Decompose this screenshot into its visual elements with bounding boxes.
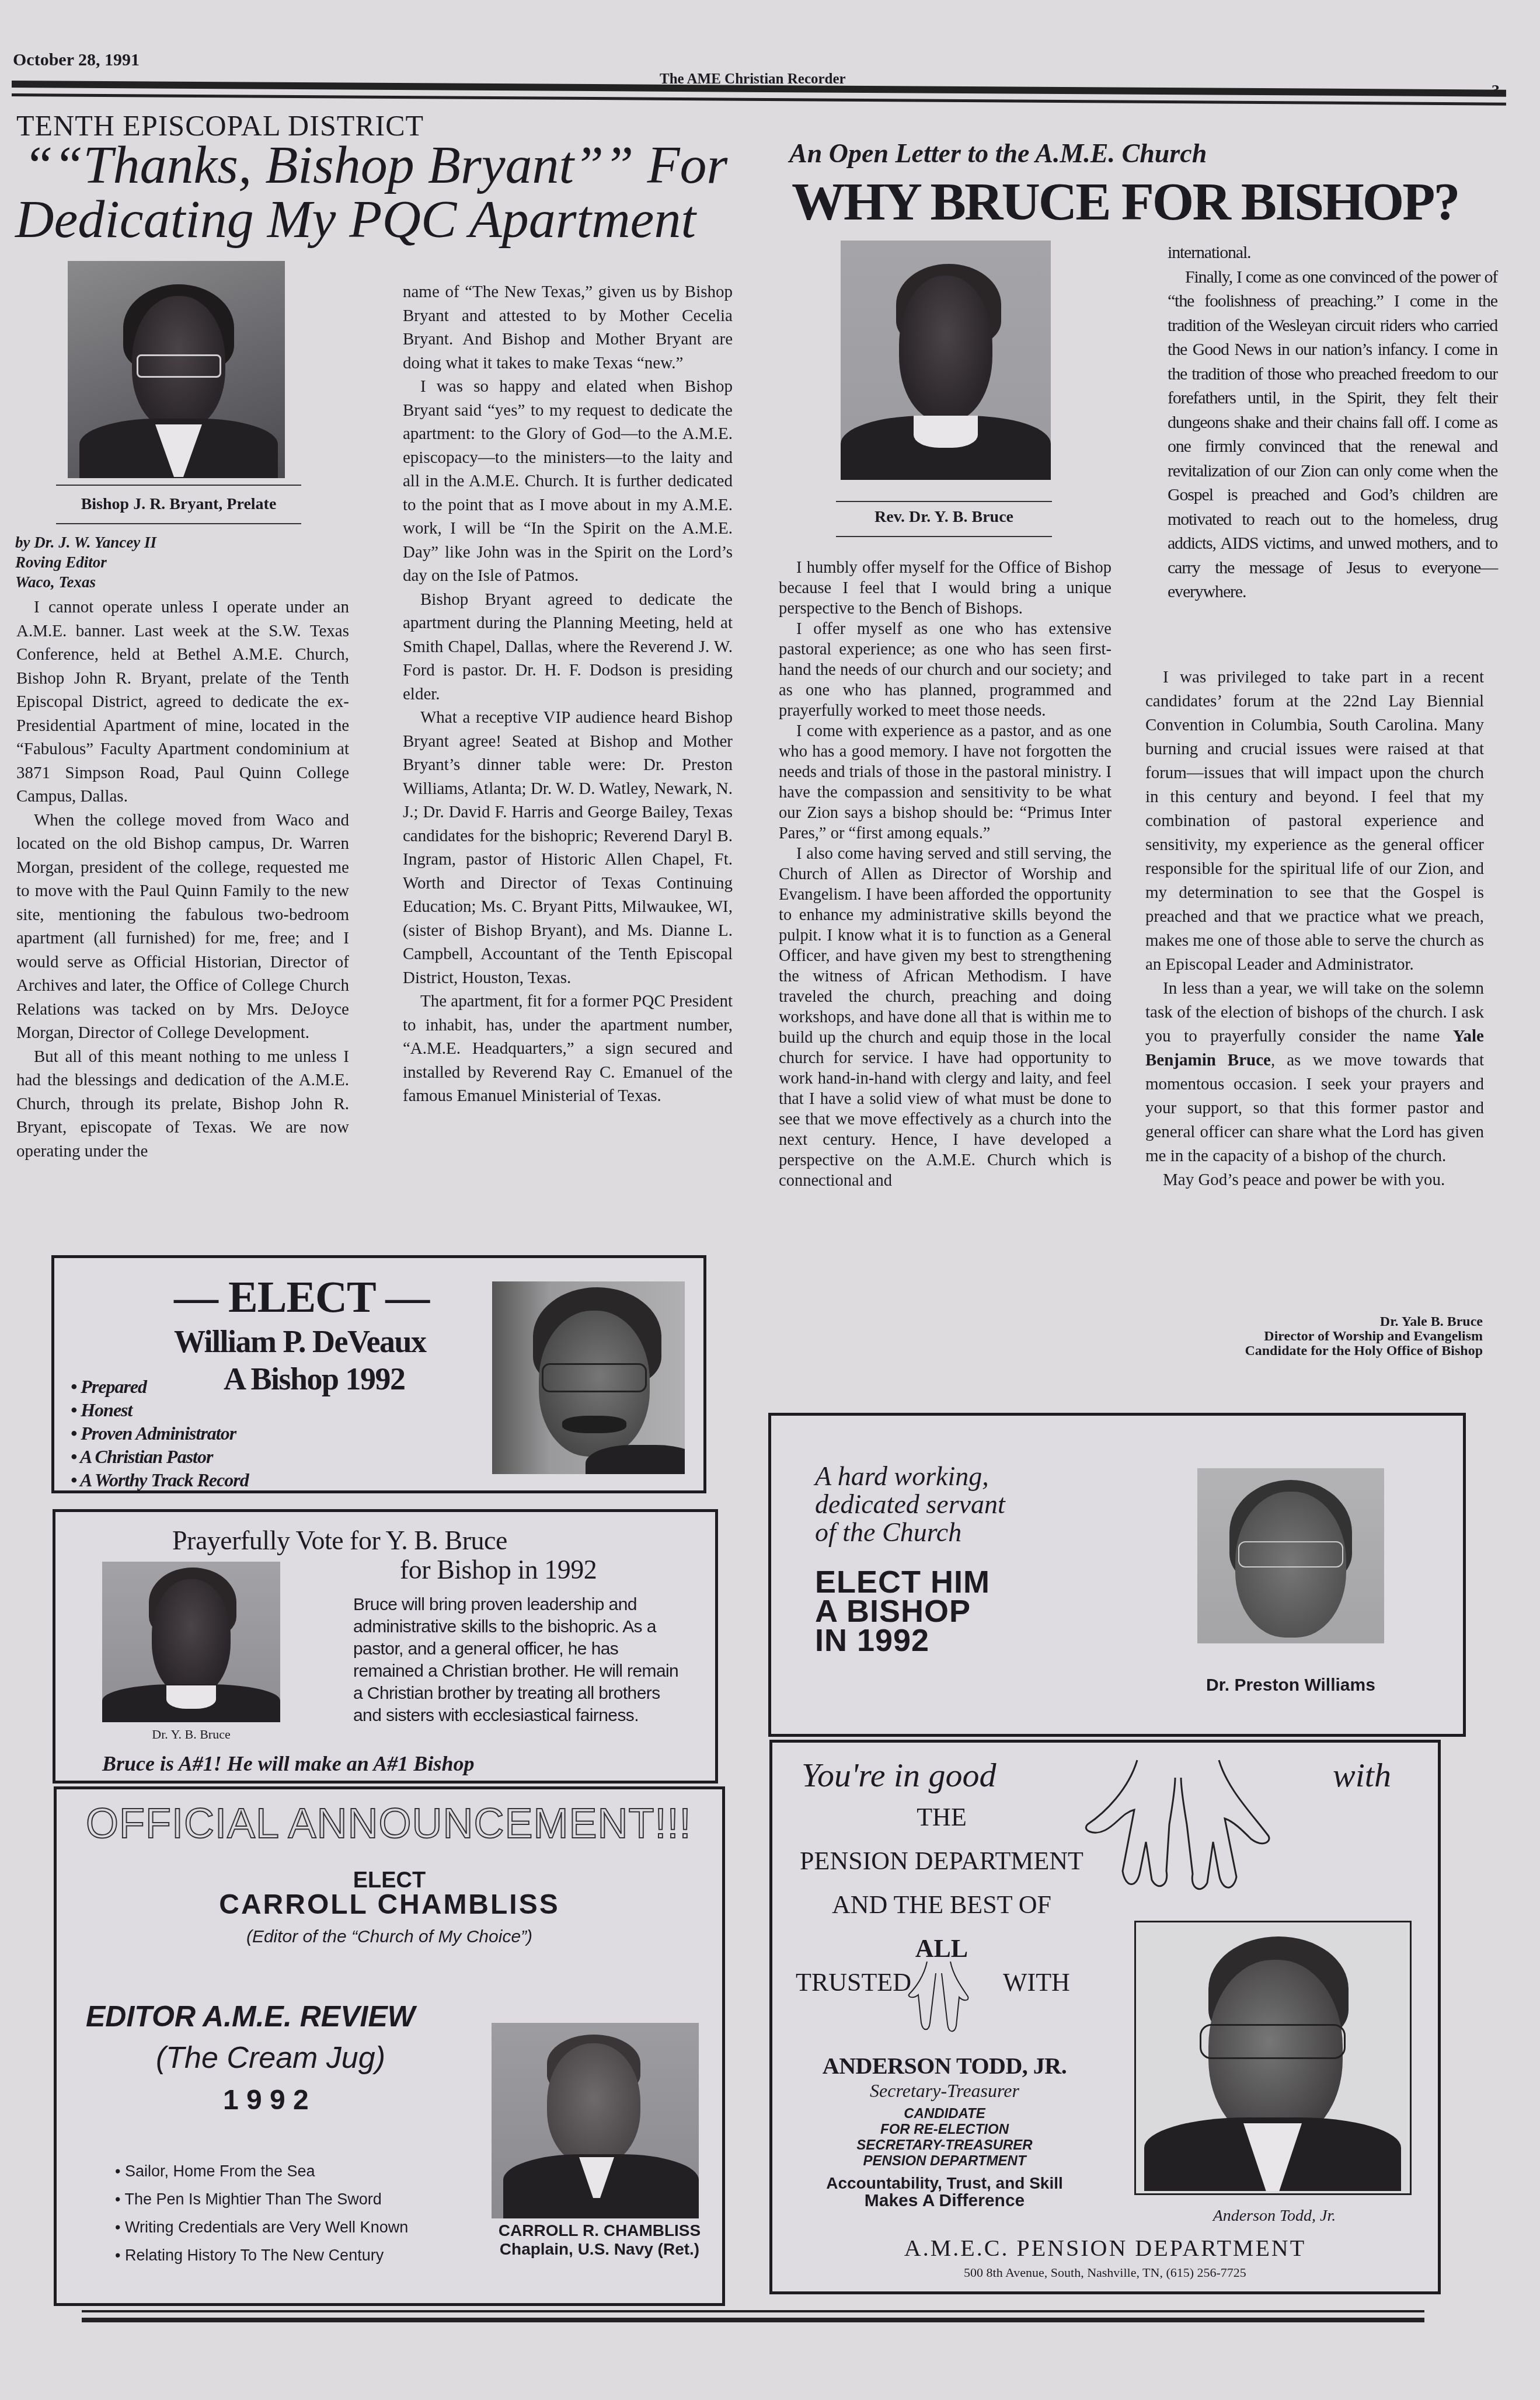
list-item: Writing Credentials are Very Well Known — [115, 2213, 408, 2241]
williams-tagline: A hard working, dedicated servant of the… — [815, 1462, 1005, 1546]
chambliss-ad: OFFICIAL ANNOUNCEMENT!!! ELECT CARROLL C… — [54, 1786, 725, 2306]
list-item: Prepared — [71, 1375, 249, 1398]
chambliss-name: CARROLL CHAMBLISS — [57, 1889, 722, 1921]
rev-bruce-photo — [841, 241, 1051, 480]
footer-rule-thick — [82, 2318, 1424, 2322]
paragraph: name of “The New Texas,” given us by Bis… — [403, 280, 733, 375]
trusted-label: TRUSTED — [796, 1967, 911, 1997]
todd-name: ANDERSON TODD, JR. — [772, 2052, 1117, 2079]
bruce-ad-title-line1: Prayerfully Vote for Y. B. Bruce — [172, 1525, 507, 1556]
paragraph: Finally, I come as one convinced of the … — [1168, 265, 1497, 604]
chambliss-subtitle: (Editor of the “Church of My Choice”) — [57, 1927, 722, 1947]
paragraph: I was privileged to take part in a recen… — [1145, 666, 1484, 977]
deveaux-ad: — ELECT — William P. DeVeaux A Bishop 19… — [51, 1255, 706, 1493]
small-hands-icon — [907, 1959, 971, 2035]
signature-title: Director of Worship and Evangelism — [1133, 1329, 1483, 1344]
list-item: A Worthy Track Record — [71, 1468, 249, 1492]
bruce-ad-body: Bruce will bring proven leadership and a… — [353, 1594, 680, 1727]
paragraph: When the college moved from Waco and loc… — [16, 809, 349, 1045]
bruce-ad-photo-caption: Dr. Y. B. Bruce — [102, 1727, 280, 1742]
caption-rule-bottom — [836, 536, 1052, 537]
list-item: Proven Administrator — [71, 1422, 249, 1445]
bishop-bryant-photo — [68, 261, 285, 478]
signature-candidacy: Candidate for the Holy Office of Bishop — [1133, 1344, 1483, 1359]
with-label: WITH — [1003, 1967, 1070, 1997]
paragraph: Bishop Bryant agreed to dedicate the apa… — [403, 588, 733, 706]
list-item: Relating History To The New Century — [115, 2241, 408, 2269]
candidate-subtitle: A Bishop 1992 — [224, 1361, 405, 1397]
why-bruce-headline: WHY BRUCE FOR BISHOP? — [792, 170, 1458, 232]
chambliss-year: 1 9 9 2 — [223, 2084, 309, 2116]
article-headline-line1: ““Thanks, Bishop Bryant”” For — [23, 135, 727, 194]
qualities-list: Prepared Honest Proven Administrator A C… — [71, 1375, 249, 1492]
signature-name: Dr. Yale B. Bruce — [1133, 1315, 1483, 1329]
bryant-photo-caption: Bishop J. R. Bryant, Prelate — [56, 495, 301, 514]
byline: by Dr. J. W. Yancey II Roving Editor Wac… — [15, 532, 156, 592]
paragraph: What a receptive VIP audience heard Bish… — [403, 706, 733, 990]
paragraph: In less than a year, we will take on the… — [1145, 977, 1484, 1168]
byline-role: Roving Editor — [15, 552, 156, 572]
issue-date: October 28, 1991 — [13, 50, 140, 70]
todd-photo-caption: Anderson Todd, Jr. — [1134, 2207, 1414, 2225]
todd-title: Secretary-Treasurer — [772, 2080, 1117, 2102]
elect-heading: — ELECT — — [174, 1272, 429, 1323]
chambliss-position-sub: (The Cream Jug) — [156, 2040, 385, 2075]
todd-photo-frame — [1134, 1921, 1412, 2195]
right-article-column-2: I was privileged to take part in a recen… — [1145, 666, 1484, 1192]
paragraph: I cannot operate unless I operate under … — [16, 595, 349, 809]
caption-rule-top — [56, 485, 301, 486]
open-letter-kicker: An Open Letter to the A.M.E. Church — [789, 138, 1207, 169]
todd-motto: Accountability, Trust, and Skill Makes A… — [772, 2175, 1117, 2210]
williams-photo — [1197, 1468, 1384, 1643]
chambliss-photo — [492, 2023, 699, 2218]
williams-call-to-action: ELECT HIM A BISHOP IN 1992 — [815, 1568, 990, 1655]
todd-photo — [1138, 1925, 1407, 2191]
paragraph: But all of this meant nothing to me unle… — [16, 1045, 349, 1164]
chambliss-position: EDITOR A.M.E. REVIEW — [86, 2000, 415, 2033]
todd-candidacy: CANDIDATE FOR RE-ELECTION SECRETARY-TREA… — [772, 2106, 1117, 2169]
bruce-photo-caption: Rev. Dr. Y. B. Bruce — [836, 508, 1052, 527]
pension-department-address: 500 8th Avenue, South, Nashville, TN, (6… — [772, 2265, 1438, 2280]
paragraph: I come with experience as a pastor, and … — [779, 721, 1112, 844]
paragraph: The apartment, fit for a former PQC Pres… — [403, 990, 733, 1108]
paragraph: I offer myself as one who has extensive … — [779, 619, 1112, 721]
footer-rule-thin — [82, 2310, 1424, 2312]
pension-department-name: A.M.E.C. PENSION DEPARTMENT — [772, 2234, 1438, 2262]
article-headline-line2: Dedicating My PQC Apartment — [15, 190, 696, 248]
bruce-ad-slogan: Bruce is A#1! He will make an A#1 Bishop — [102, 1751, 474, 1776]
candidate-name: William P. DeVeaux — [174, 1323, 426, 1360]
paragraph: international. — [1168, 241, 1497, 265]
caption-rule-top — [836, 501, 1052, 502]
signature-block: Dr. Yale B. Bruce Director of Worship an… — [1133, 1315, 1483, 1359]
list-item: The Pen Is Mightier Than The Sword — [115, 2185, 408, 2213]
list-item: A Christian Pastor — [71, 1445, 249, 1468]
bruce-ad: Prayerfully Vote for Y. B. Bruce for Bis… — [53, 1509, 718, 1784]
left-article-column-2: name of “The New Texas,” given us by Bis… — [403, 280, 733, 1108]
chambliss-photo-caption: CARROLL R. CHAMBLISS Chaplain, U.S. Navy… — [483, 2221, 716, 2259]
left-article-column-1: I cannot operate unless I operate under … — [16, 595, 349, 1163]
good-company-right: with — [1333, 1755, 1391, 1795]
pension-lines: THE PENSION DEPARTMENT AND THE BEST OF A… — [772, 1795, 1111, 1970]
caption-rule-bottom — [56, 523, 301, 524]
paragraph: I humbly offer myself for the Office of … — [779, 558, 1112, 619]
paragraph: I was so happy and elated when Bishop Br… — [403, 375, 733, 588]
williams-ad: A hard working, dedicated servant of the… — [768, 1413, 1466, 1737]
official-announcement-banner: OFFICIAL ANNOUNCEMENT!!! — [86, 1800, 691, 1848]
right-article-column-2-top: international. Finally, I come as one co… — [1168, 241, 1497, 604]
bruce-ad-title-line2: for Bishop in 1992 — [400, 1554, 597, 1585]
byline-location: Waco, Texas — [15, 572, 156, 592]
list-item: Honest — [71, 1398, 249, 1422]
paragraph: I also come having served and still serv… — [779, 844, 1112, 1191]
good-company-left: You're in good — [802, 1755, 997, 1795]
list-item: Sailor, Home From the Sea — [115, 2157, 408, 2185]
williams-photo-caption: Dr. Preston Williams — [1180, 1676, 1402, 1695]
chambliss-qualities: Sailor, Home From the Sea The Pen Is Mig… — [115, 2157, 408, 2269]
byline-author: by Dr. J. W. Yancey II — [15, 532, 156, 552]
todd-ad: You're in good with THE PENSION DEPARTME… — [769, 1740, 1441, 2294]
right-article-column-1: I humbly offer myself for the Office of … — [779, 558, 1112, 1191]
bruce-ad-photo — [102, 1562, 280, 1722]
deveaux-photo — [492, 1281, 685, 1474]
paragraph: May God’s peace and power be with you. — [1145, 1168, 1484, 1192]
